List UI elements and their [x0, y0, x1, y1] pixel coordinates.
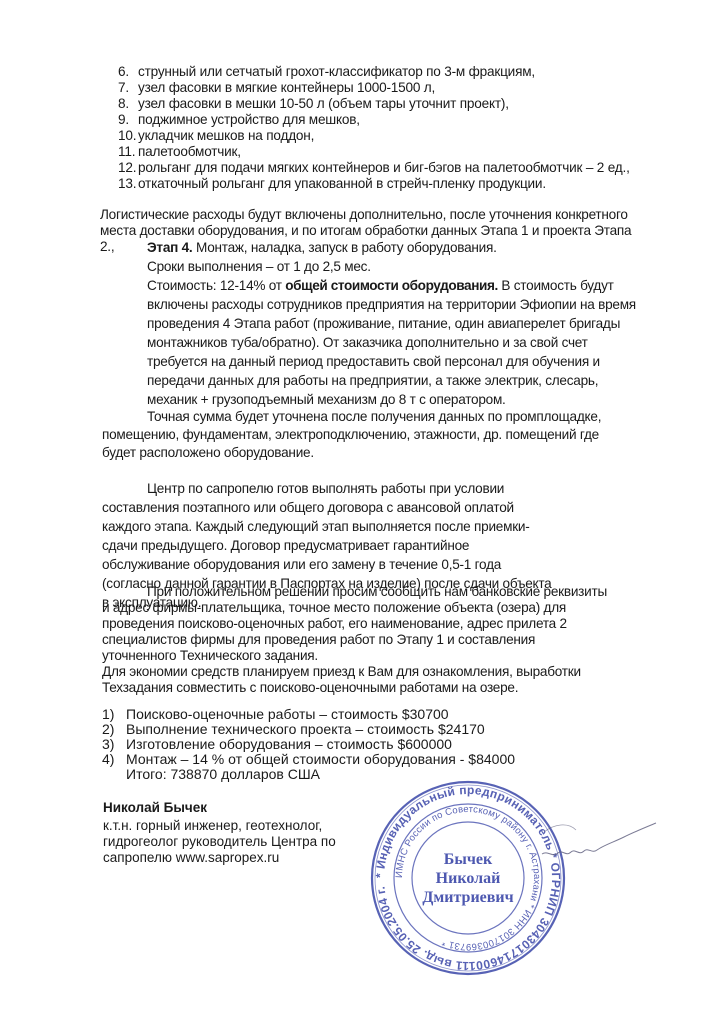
list-number: 10.	[118, 128, 138, 144]
list-item: 9.поджимное устройство для мешков,	[118, 112, 360, 128]
request-line: Техзадания совместить с поисково-оценочн…	[102, 680, 518, 696]
stage4-heading: Этап 4. Монтаж, наладка, запуск в работу…	[147, 238, 497, 257]
conditions-line: обслуживание оборудования или его замену…	[102, 555, 501, 574]
stage4-line: монтажников туба/обратно). От заказчика …	[147, 333, 588, 352]
stamp-center-line: Николай	[436, 870, 501, 887]
stage4-cost-suffix: В стоимость будут	[498, 278, 614, 293]
request-line: При положительном решении просим сообщит…	[147, 584, 607, 600]
logistics-line: Логистические расходы будут включены доп…	[100, 207, 628, 223]
handwritten-signature-icon	[540, 820, 660, 870]
list-item: 12.рольганг для подачи мягких контейнеро…	[118, 160, 630, 176]
list-text: струнный или сетчатый грохот-классификат…	[138, 64, 535, 79]
list-item: 7.узел фасовки в мягкие контейнеры 1000-…	[118, 80, 435, 96]
stage4-cost: Стоимость: 12-14% от общей стоимости обо…	[147, 276, 614, 295]
list-item: 10.укладчик мешков на поддон,	[118, 128, 314, 144]
stamp-seal-icon: * Индивидуальный предприниматель * ОГРНИ…	[368, 778, 568, 978]
request-line: специалистов фирмы для проведения работ …	[102, 632, 535, 648]
list-item: 6.струнный или сетчатый грохот-классифик…	[118, 64, 535, 80]
signatory-title-line: гидрогеолог руководитель Центра по	[103, 834, 336, 850]
list-number: 8.	[118, 96, 138, 112]
exact-sum-line: помещению, фундаментам, электроподключен…	[102, 425, 599, 444]
exact-sum-line: будет расположено оборудование.	[102, 443, 314, 462]
list-item: 11.палетообмотчик,	[118, 144, 241, 160]
logistics-line: 2.,	[100, 239, 114, 255]
list-item: 8.узел фасовки в мешки 10-50 л (объем та…	[118, 96, 509, 112]
cost-number: 4)	[102, 752, 126, 768]
stamp-center-line: Дмитриевич	[422, 889, 513, 906]
stage4-cost-prefix: Стоимость: 12-14% от	[147, 278, 285, 293]
cost-text: Изготовление оборудования – стоимость $6…	[126, 736, 452, 752]
cost-text: Выполнение технического проекта – стоимо…	[126, 721, 485, 737]
cost-text: Монтаж – 14 % от общей стоимости оборудо…	[126, 751, 515, 767]
list-number: 12.	[118, 160, 138, 176]
stage4-line: проведения 4 Этапа работ (проживание, пи…	[147, 314, 620, 333]
logistics-line: места доставки оборудования, и по итогам…	[100, 223, 631, 239]
stamp-center-line: Бычек	[444, 851, 493, 868]
stage4-line: требуется на данный период предоставить …	[147, 352, 600, 371]
signatory-name: Николай Бычек	[103, 800, 207, 816]
list-number: 7.	[118, 80, 138, 96]
list-number: 6.	[118, 64, 138, 80]
list-text: узел фасовки в мешки 10-50 л (объем тары…	[138, 96, 509, 111]
conditions-line: составления поэтапного или общего догово…	[102, 498, 514, 517]
list-number: 11.	[118, 144, 138, 160]
signatory-title-line: к.т.н. горный инженер, геотехнолог,	[103, 818, 322, 834]
list-text: откаточный рольганг для упакованной в ст…	[138, 176, 546, 191]
list-text: рольганг для подачи мягких контейнеров и…	[138, 160, 630, 175]
list-number: 13.	[118, 176, 138, 192]
exact-sum-line: Точная сумма будет уточнена после получе…	[147, 407, 601, 426]
list-text: поджимное устройство для мешков,	[138, 112, 360, 127]
conditions-line: Центр по сапропелю готов выполнять работ…	[147, 479, 504, 498]
list-text: узел фасовки в мягкие контейнеры 1000-15…	[138, 80, 435, 95]
cost-total: Итого: 738870 долларов США	[126, 767, 320, 783]
request-line: уточненного Технического задания.	[102, 648, 318, 664]
official-stamp: * Индивидуальный предприниматель * ОГРНИ…	[368, 778, 568, 978]
stage4-duration: Сроки выполнения – от 1 до 2,5 мес.	[147, 257, 371, 276]
conditions-line: сдачи предыдущего. Договор предусматрива…	[102, 536, 469, 555]
request-line: проведения поисково-оценочных работ, его…	[102, 616, 567, 632]
stage4-title: Этап 4.	[147, 240, 192, 255]
list-text: укладчик мешков на поддон,	[138, 128, 314, 143]
list-number: 9.	[118, 112, 138, 128]
conditions-line: каждого этапа. Каждый следующий этап вып…	[102, 517, 530, 536]
stage4-title-rest: Монтаж, наладка, запуск в работу оборудо…	[192, 240, 496, 255]
list-text: палетообмотчик,	[138, 144, 241, 159]
cost-text: Поисково-оценочные работы – стоимость $3…	[126, 706, 449, 722]
request-line: Для экономии средств планируем приезд к …	[102, 664, 581, 680]
stage4-line: передачи данных для работы на предприяти…	[147, 371, 598, 390]
list-item: 13.откаточный рольганг для упакованной в…	[118, 176, 546, 192]
stage4-cost-bold: общей стоимости оборудования.	[285, 278, 498, 293]
stage4-line: включены расходы сотрудников предприятия…	[147, 295, 636, 314]
signatory-title-line: сапропелю www.sapropex.ru	[103, 850, 279, 866]
request-line: и адрес фирмы-плательщика, точное место …	[102, 600, 566, 616]
